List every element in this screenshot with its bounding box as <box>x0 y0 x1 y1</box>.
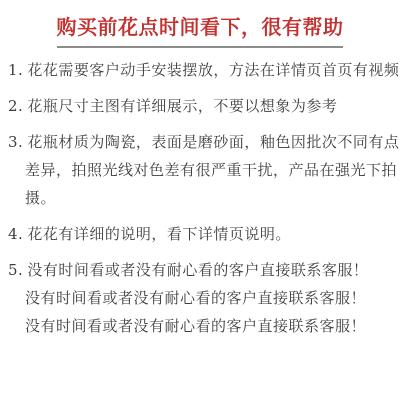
item-line-continuation: 没有时间看或者没有耐心看的客户直接联系客服！ <box>8 312 395 340</box>
title-underline-divider <box>57 46 343 48</box>
list-item: 3.花瓶材质为陶瓷，表面是磨砂面，釉色因批次不同有点 差异，拍照光线对色差有很严… <box>8 128 395 212</box>
item-text: 没有时间看或者没有耐心看的客户直接联系客服！ <box>25 289 366 307</box>
item-text: 花花需要客户动手安装摆放，方法在详情页首页有视频 <box>27 61 399 79</box>
item-line: 3.花瓶材质为陶瓷，表面是磨砂面，釉色因批次不同有点 <box>8 128 395 156</box>
product-notice-image: 购买前花点时间看下，很有帮助 1.花花需要客户动手安装摆放，方法在详情页首页有视… <box>0 0 400 400</box>
notice-list: 1.花花需要客户动手安装摆放，方法在详情页首页有视频 2.花瓶尺寸主图有详细展示… <box>0 56 400 340</box>
item-number: 1. <box>8 56 23 84</box>
item-text: 差异，拍照光线对色差有很严重干扰，产品在强光下拍 <box>25 161 397 179</box>
item-line-continuation: 差异，拍照光线对色差有很严重干扰，产品在强光下拍 <box>8 156 395 184</box>
page-title: 购买前花点时间看下，很有帮助 <box>0 0 400 39</box>
item-line-continuation: 摄。 <box>8 184 395 212</box>
item-line: 5.没有时间看或者没有耐心看的客户直接联系客服！ <box>8 256 395 284</box>
item-text: 摄。 <box>25 189 56 207</box>
item-text: 没有时间看或者没有耐心看的客户直接联系客服！ <box>25 317 366 335</box>
item-text: 没有时间看或者没有耐心看的客户直接联系客服！ <box>27 261 368 279</box>
item-line: 1.花花需要客户动手安装摆放，方法在详情页首页有视频 <box>8 56 395 84</box>
item-number: 2. <box>8 92 23 120</box>
list-item: 1.花花需要客户动手安装摆放，方法在详情页首页有视频 <box>8 56 395 84</box>
item-number: 4. <box>8 220 23 248</box>
list-item: 2.花瓶尺寸主图有详细展示，不要以想象为参考 <box>8 92 395 120</box>
list-item: 5.没有时间看或者没有耐心看的客户直接联系客服！ 没有时间看或者没有耐心看的客户… <box>8 256 395 340</box>
list-item: 4.花花有详细的说明，看下详情页说明。 <box>8 220 395 248</box>
item-text: 花瓶材质为陶瓷，表面是磨砂面，釉色因批次不同有点 <box>27 133 399 151</box>
item-line: 2.花瓶尺寸主图有详细展示，不要以想象为参考 <box>8 92 395 120</box>
item-line: 4.花花有详细的说明，看下详情页说明。 <box>8 220 395 248</box>
item-number: 5. <box>8 256 23 284</box>
item-text: 花花有详细的说明，看下详情页说明。 <box>27 225 291 243</box>
item-text: 花瓶尺寸主图有详细展示，不要以想象为参考 <box>27 97 337 115</box>
item-line-continuation: 没有时间看或者没有耐心看的客户直接联系客服！ <box>8 284 395 312</box>
item-number: 3. <box>8 128 23 156</box>
